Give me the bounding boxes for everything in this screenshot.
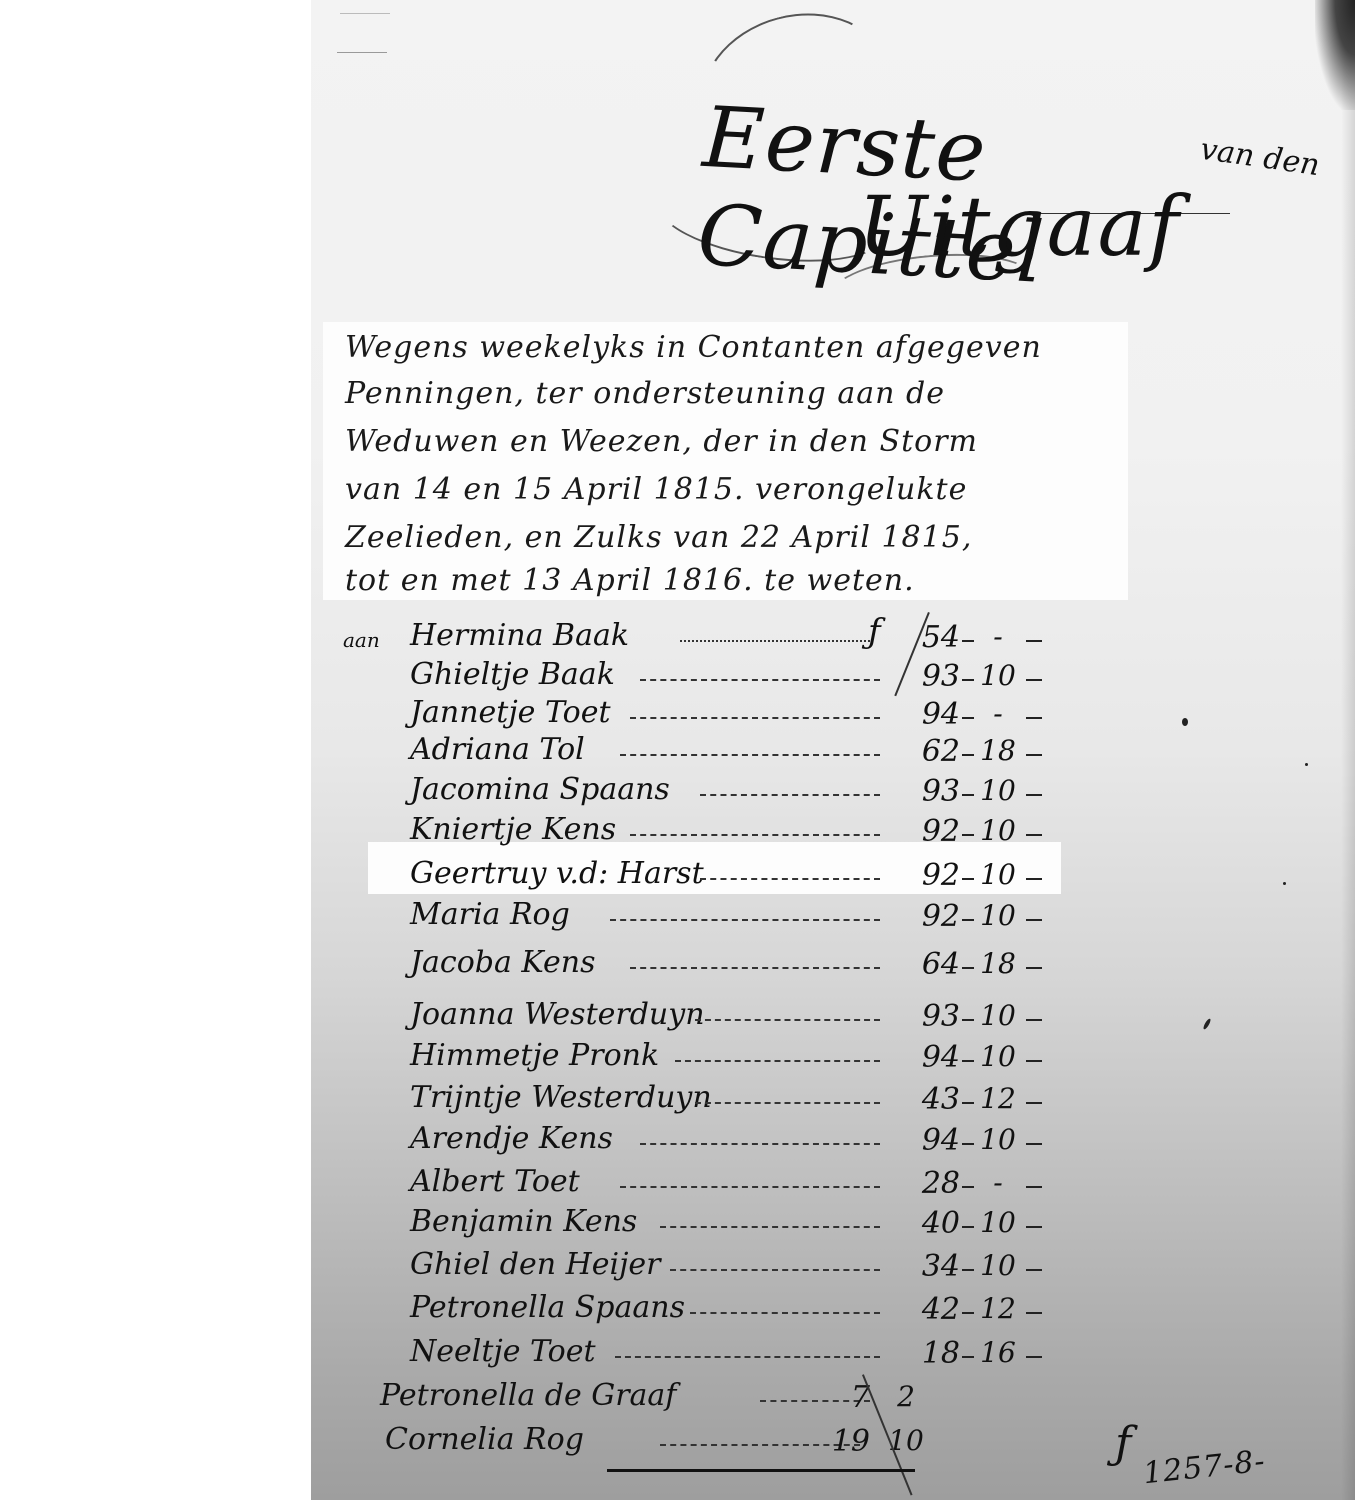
entry-stuivers: 2 [880, 1380, 932, 1413]
entry-guilders: 64 [880, 947, 960, 982]
intro-line: Weduwen en Weezen, der in den Storm [345, 424, 978, 459]
dotted-leader [640, 679, 880, 681]
separator [1026, 1356, 1042, 1358]
ledger-row: Kniertje Kens 92 10 [330, 812, 1050, 852]
entry-guilders: 93 [880, 659, 960, 694]
entry-stuivers: - [972, 697, 1024, 730]
dotted-leader [695, 1019, 880, 1021]
entry-guilders: 92 [880, 858, 960, 893]
entry-guilders: 18 [880, 1336, 960, 1371]
entry-stuivers: 12 [972, 1082, 1024, 1115]
intro-line: van 14 en 15 April 1815. verongelukte [345, 472, 967, 507]
dotted-leader [640, 1143, 880, 1145]
ledger-row: Maria Rog 92 10 [330, 897, 1050, 937]
separator [1026, 878, 1042, 880]
paper-speck [1305, 763, 1308, 766]
total-currency-symbol: ƒ [1115, 1418, 1131, 1469]
entry-name: Jacoba Kens [410, 945, 595, 980]
ledger-row: Cornelia Rog 19 10 [330, 1422, 1050, 1462]
entry-name: Cornelia Rog [385, 1422, 584, 1457]
entry-guilders: 42 [880, 1292, 960, 1327]
entry-stuivers: 16 [972, 1336, 1024, 1369]
entry-prefix: aan [343, 628, 380, 652]
entry-name: Petronella Spaans [410, 1290, 685, 1325]
separator [1026, 1019, 1042, 1021]
entry-stuivers: - [972, 620, 1024, 653]
entry-name: Kniertje Kens [410, 812, 616, 847]
entry-stuivers: 10 [972, 659, 1024, 692]
ledger-row: Albert Toet 28 - [330, 1164, 1050, 1204]
dotted-leader [630, 967, 880, 969]
separator [1026, 967, 1042, 969]
separator [1026, 1226, 1042, 1228]
separator [1026, 794, 1042, 796]
entry-stuivers: 10 [972, 858, 1024, 891]
entry-name: Geertruy v.d: Harst [410, 856, 704, 891]
entry-guilders: 94 [880, 1123, 960, 1158]
entry-guilders: 93 [880, 999, 960, 1034]
separator [1026, 754, 1042, 756]
entry-guilders: 62 [880, 734, 960, 769]
dotted-leader [700, 794, 880, 796]
entry-name: Neeltje Toet [410, 1334, 596, 1369]
entry-name: Himmetje Pronk [410, 1038, 659, 1073]
entry-name: Benjamin Kens [410, 1204, 637, 1239]
entry-guilders: 28 [880, 1166, 960, 1201]
separator [1026, 1143, 1042, 1145]
ledger-row: Benjamin Kens 40 10 [330, 1204, 1050, 1244]
separator [1026, 1102, 1042, 1104]
intro-line: Zeelieden, en Zulks van 22 April 1815, [345, 520, 972, 555]
entry-stuivers: 10 [972, 999, 1024, 1032]
entry-guilders: 93 [880, 774, 960, 809]
separator [1026, 717, 1042, 719]
entry-name: Adriana Tol [410, 732, 585, 767]
ledger-row: Neeltje Toet 18 16 [330, 1334, 1050, 1374]
ledger-row: Jannetje Toet 94 - [330, 695, 1050, 735]
entry-guilders: 54 [880, 620, 960, 655]
dotted-leader [675, 1060, 880, 1062]
paper-speck [1283, 882, 1286, 885]
dotted-leader [620, 754, 880, 756]
entry-guilders: 92 [880, 814, 960, 849]
ruled-line [337, 52, 387, 53]
entry-guilders: 19 [790, 1424, 870, 1459]
dotted-leader [630, 834, 880, 836]
ledger-row: Petronella de Graaf 7 2 [330, 1378, 1050, 1418]
entry-guilders: 92 [880, 899, 960, 934]
total-rule [607, 1469, 915, 1472]
entry-stuivers: 10 [972, 899, 1024, 932]
ledger-row: Himmetje Pronk 94 10 [330, 1038, 1050, 1078]
entry-name: Ghiel den Heijer [410, 1247, 661, 1282]
ledger-row: Ghiel den Heijer 34 10 [330, 1247, 1050, 1287]
dotted-leader [620, 1186, 880, 1188]
entry-stuivers: 10 [972, 774, 1024, 807]
entry-guilders: 34 [880, 1249, 960, 1284]
ledger-row: Arendje Kens 94 10 [330, 1121, 1050, 1161]
ledger-row: Jacoba Kens 64 18 [330, 945, 1050, 985]
separator [1026, 834, 1042, 836]
dotted-leader [630, 717, 880, 719]
entry-stuivers: 10 [972, 1040, 1024, 1073]
intro-line: tot en met 13 April 1816. te weten. [345, 563, 915, 598]
entry-name: Petronella de Graaf [380, 1378, 676, 1413]
entry-guilders: 94 [880, 697, 960, 732]
dotted-leader [690, 1312, 880, 1314]
ledger-row: Geertruy v.d: Harst 92 10 [330, 856, 1050, 896]
entry-name: Hermina Baak [410, 618, 629, 653]
ledger-row: Jacomina Spaans 93 10 [330, 772, 1050, 812]
entry-stuivers: 10 [972, 1123, 1024, 1156]
separator [1026, 1312, 1042, 1314]
entry-stuivers: 18 [972, 734, 1024, 767]
dotted-leader [615, 1356, 880, 1358]
chapter-subtitle: Uitgaaf [858, 180, 1181, 275]
entry-guilders: 43 [880, 1082, 960, 1117]
dotted-leader [680, 640, 870, 642]
separator [1026, 1269, 1042, 1271]
entry-stuivers: 10 [972, 1249, 1024, 1282]
entry-name: Arendje Kens [410, 1121, 613, 1156]
separator [1026, 1186, 1042, 1188]
entry-guilders: 40 [880, 1206, 960, 1241]
entry-stuivers: 12 [972, 1292, 1024, 1325]
dotted-leader [670, 1269, 880, 1271]
paper-speck [1182, 718, 1188, 726]
entry-name: Trijntje Westerduyn [410, 1080, 712, 1115]
ledger-row: Trijntje Westerduyn 43 12 [330, 1080, 1050, 1120]
ledger-row: Ghieltje Baak 93 10 [330, 657, 1050, 697]
entry-guilders: 94 [880, 1040, 960, 1075]
entry-name: Albert Toet [410, 1164, 580, 1199]
dotted-leader [660, 1226, 880, 1228]
ledger-row: aan Hermina Baak 54 - [330, 618, 1050, 658]
ledger-row: Adriana Tol 62 18 [330, 732, 1050, 772]
separator [1026, 1060, 1042, 1062]
ledger-row: Joanna Westerduyn 93 10 [330, 997, 1050, 1037]
dotted-leader [610, 919, 880, 921]
intro-line: Wegens weekelyks in Contanten afgegeven [345, 330, 1042, 365]
entry-guilders: 7 [790, 1380, 870, 1415]
separator [1026, 679, 1042, 681]
entry-name: Jacomina Spaans [410, 772, 670, 807]
entry-name: Maria Rog [410, 897, 570, 932]
entry-stuivers: 10 [972, 1206, 1024, 1239]
intro-line: Penningen, ter ondersteuning aan de [345, 376, 945, 411]
separator [1026, 640, 1042, 642]
entry-stuivers: 10 [972, 814, 1024, 847]
ruled-line [340, 13, 390, 14]
separator [1026, 919, 1042, 921]
ledger-row: Petronella Spaans 42 12 [330, 1290, 1050, 1330]
entry-stuivers: - [972, 1166, 1024, 1199]
entry-name: Ghieltje Baak [410, 657, 615, 692]
entry-name: Joanna Westerduyn [410, 997, 705, 1032]
dotted-leader [700, 878, 880, 880]
dotted-leader [695, 1102, 880, 1104]
entry-name: Jannetje Toet [410, 695, 611, 730]
entry-stuivers: 18 [972, 947, 1024, 980]
